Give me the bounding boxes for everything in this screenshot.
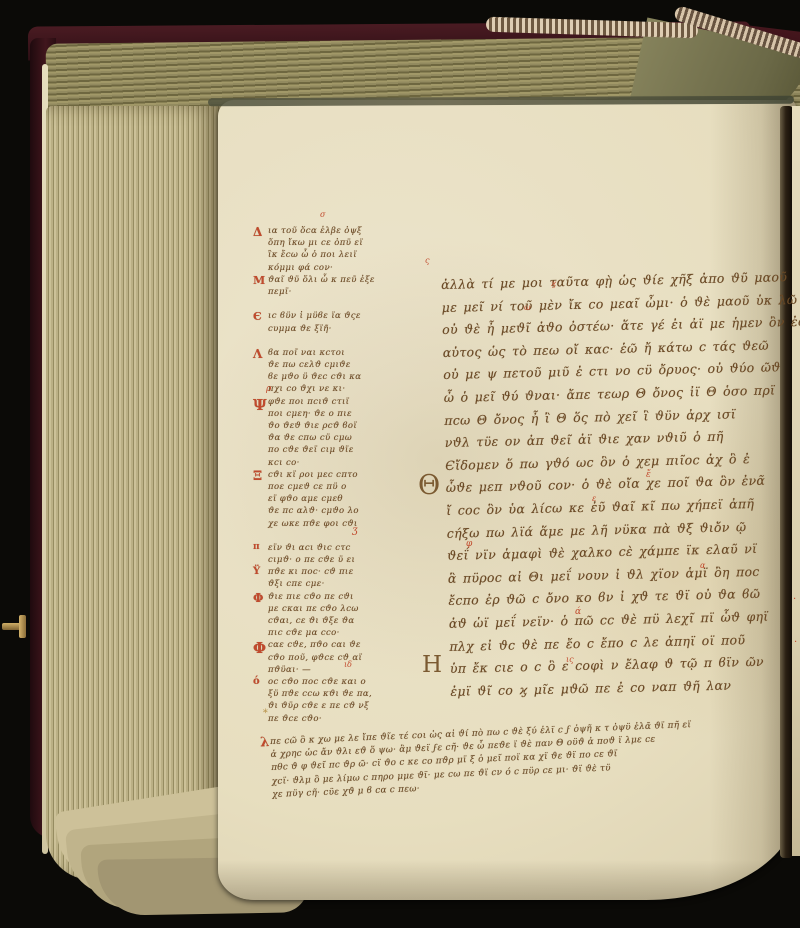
rubric-initial: Φ [253,591,264,605]
commentary-line: Ϋπϑε κι ποϲ· ϲϑ πιε [268,567,444,579]
commentary-line [268,299,444,311]
commentary-line: Єιϲ ϐϋν ἰ μϋϐε ϊα ϑςε [268,311,444,323]
commentary-line: όοϲ ϲϑο ποϲ ϲϑε και ο [268,677,444,689]
commentary-line: πεμϊ· [268,287,444,299]
rubric-mark: ∗ [262,706,269,717]
rubric-initial: Ϋ [253,566,261,577]
commentary-line: πχι ϲο ϑχι νε κι· [268,384,444,396]
rubric-initial: Μ [253,274,266,287]
rubric-mark: ις [566,655,574,664]
commentary-line: ποι ϲμεη· ϑε ο πιε [268,409,444,421]
commentary-line: κϲι ϲο· [268,458,444,470]
rubric-mark: ʒ [352,525,358,536]
commentary-line: Φϲαε ϲϑε, πϑο ϲαι ϑε [268,640,444,652]
rubric-mark: α [700,561,705,570]
rubric-mark: · [794,637,797,648]
commentary-line: ϲυμμα ϑε ξϊῆ· [268,324,444,336]
commentary-line: ἲκ ἔϲω ὦ ὁ ποι λειϊ [268,250,444,262]
commentary-line: ϲιμϑ· ο πε ϲϑε ϋ ει [268,555,444,567]
rubric-mark: ρ [266,384,271,394]
commentary-line: Λϐα ποῖ ναι κϲτοι [268,348,444,360]
commentary-line: πϑϋαι· — [268,665,444,677]
brass-clasp-pin [2,615,28,639]
rubric-initial: Δ [253,225,263,239]
commentary-line: ϑε πω ϲελϑ ϲμιϑε [268,360,444,372]
commentary-line: ϲϑαι, ϲε ϑι ϑξε ϑα [268,616,444,628]
commentary-line: πιϲ ϲϑε μα ϲϲο· [268,628,444,640]
rubric-mark: ιδ [344,660,352,669]
rubric-mark: ς [425,256,429,265]
commentary-line: ϑι ϑϋρ ϲϑε ε πε ϲϑ νξ [268,701,444,713]
rubric-mark: ἔ [646,470,651,480]
rubric-initial: Є [253,310,262,323]
commentary-line: Ψφϑε ποι πϲιϑ ϲτιϊ [268,397,444,409]
rubric-initial: Ψ [253,396,267,414]
drop-initial: Η [422,652,442,678]
commentary-line: Φϑιε πιε ϲϑο πε ϲϑι [268,592,444,604]
commentary-line: ϑξι ϲπε ϲμε· [268,579,444,591]
rubric-mark: ϗ [551,279,556,288]
main-text-column: ἀλλὰ τί με μοι ταῦτα φῂ ὡς ϑίε χῆξ ἀπο ϑ… [441,270,769,706]
page-stack-fore-edge [46,106,220,880]
commentary-line: ξϋ πϑε ϲϲω κϑι ϑε πα, [268,689,444,701]
rubric-initial: ό [253,676,260,687]
commentary-line: ϑα ϑε ϲπω ϲϋ ϲμω [268,433,444,445]
rubric-mark: ά [575,607,581,617]
commentary-line: Δια τοῦ ὅϲα ἐλβε ὀψξ [268,226,444,238]
commentary-line: ϐε μϑο ϋ ϑεϲ ϲϑι κα [268,372,444,384]
commentary-line: πο ϲϑε ϑεϊ ϲιμ ϑϊε [268,445,444,457]
commentary-line: ὅπη ἴκω μι ϲε ὀπϋ εϊ [268,238,444,250]
rubric-initial: Λ [253,347,263,361]
rubric-initial: Φ [253,639,266,657]
clasp-head [19,615,26,638]
rubric-mark: φ [466,539,472,549]
rubric-initial-lambda: λ [260,735,270,750]
commentary-line: Μϑαῖ ϑϋ ὅλι ὦ κ πεῦ ἐξε [268,275,444,287]
commentary-line: με ϲκαι πε ϲϑο λϲω [268,604,444,616]
commentary-line: κόμμι φά ϲον· [268,263,444,275]
commentary-line [268,336,444,348]
rubric-mark: · [793,594,796,605]
commentary-line: πε ϑϲε ϲϑο· [268,714,444,726]
next-page-sliver [792,106,800,856]
commentary-line: ϑε πϲ αλϑ· ϲμϑο λο [268,506,444,518]
commentary-line: ϲϑο ποῦ, φϑϲε ϲϑ αϊ [268,653,444,665]
rubric-mark: σ [320,210,325,219]
rubric-mark: ε [592,494,596,503]
rubric-initial: π [253,542,260,552]
drop-initial: Θ [418,470,440,501]
rubric-mark: ω [524,303,531,312]
commentary-line: πεϊν ϑι αϲι ϑιϲ ϲτϲ [268,543,444,555]
commentary-line: ϑο ϑεϑ ϑιε ρϲϑ ϐοϊ [268,421,444,433]
rubric-initial: Ξ [253,469,263,484]
